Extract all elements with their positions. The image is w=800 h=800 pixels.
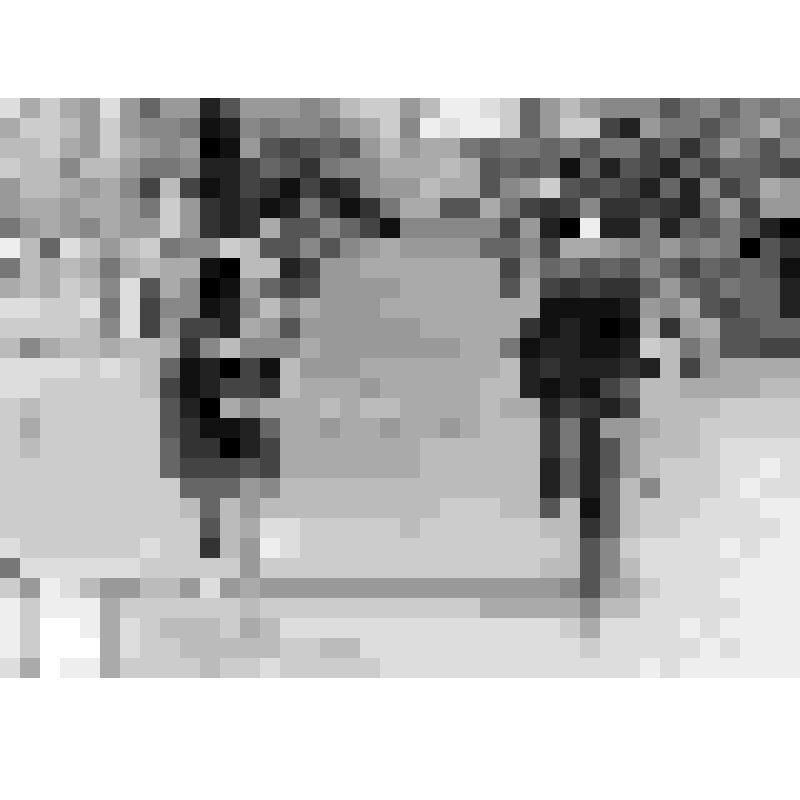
bottom-white-margin	[0, 678, 800, 800]
pixelated-photo	[0, 98, 800, 678]
top-white-margin	[0, 0, 800, 98]
screenshot-page	[0, 0, 800, 800]
